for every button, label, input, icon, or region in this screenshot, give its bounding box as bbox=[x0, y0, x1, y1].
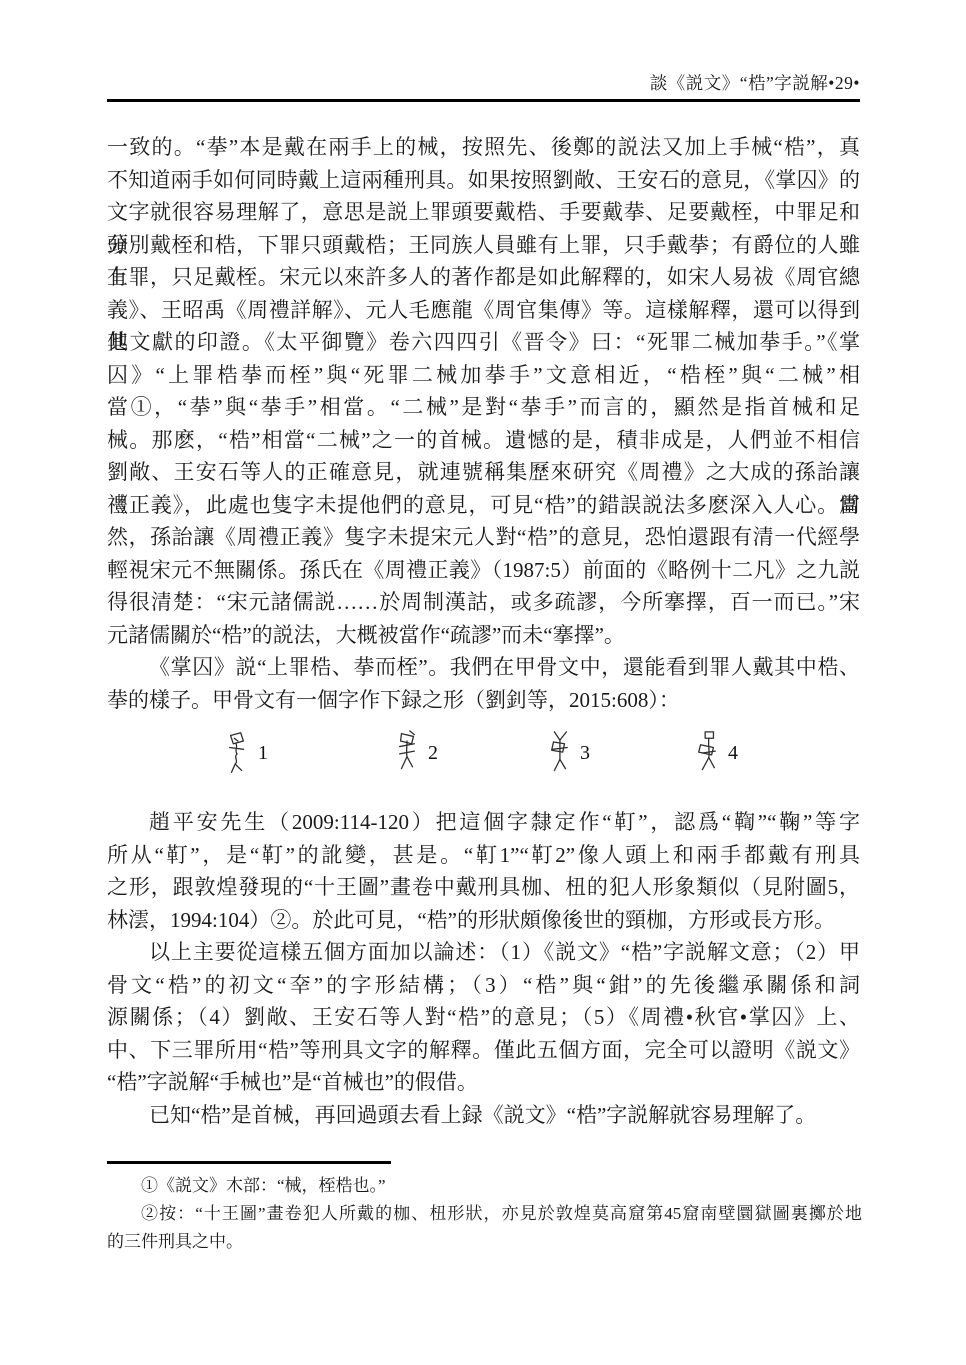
text-line: 義》、王昭禹《周禮詳解》、元人毛應龍《周官集傳》等。這樣解釋，還可以得到其 bbox=[107, 294, 860, 327]
body-text-upper: 一致的。“拲”本是戴在兩手上的械，按照先、後鄭的説法又加上手械“梏”，真不知道兩… bbox=[107, 131, 860, 716]
text-line: 分別戴桎和梏，下罪只頭戴梏；王同族人員雖有上罪，只手戴拲；有爵位的人雖有 bbox=[107, 229, 860, 262]
header-rule bbox=[107, 99, 860, 102]
text-line: 中、下三罪所用“梏”等刑具文字的解釋。僅此五個方面，完全可以證明《説文》 bbox=[107, 1034, 860, 1067]
text-line: 他文獻的印證。《太平御覽》卷六四四引《晋令》曰：“死罪二械加拲手。”《掌 bbox=[107, 326, 860, 359]
text-line: 骨文“梏”的初文“㚔”的字形結構；（3）“梏”與“鉗”的先後繼承關係和詞 bbox=[107, 969, 860, 1002]
text-line: 一致的。“拲”本是戴在兩手上的械，按照先、後鄭的説法又加上手械“梏”，真 bbox=[107, 131, 860, 164]
paragraph: 《掌囚》説“上罪梏、拲而桎”。我們在甲骨文中，還能看到罪人戴其中梏、拲的樣子。甲… bbox=[107, 651, 860, 716]
figure-item: 3 bbox=[547, 730, 590, 776]
text-line: 輕視宋元不無關係。孫氏在《周禮正義》（1987:5）前面的《略例十二凡》之九説 bbox=[107, 554, 860, 587]
footnote-line: 的三件刑具之中。 bbox=[107, 1228, 862, 1256]
paper-page: 談《説文》“梏”字説解•29• 一致的。“拲”本是戴在兩手上的械，按照先、後鄭的… bbox=[0, 0, 966, 1365]
figure-item-number: 4 bbox=[728, 742, 738, 765]
text-line: 拲的樣子。甲骨文有一個字作下録之形（劉釗等，2015:608）： bbox=[107, 684, 860, 717]
text-line: 禮正義》，此處也隻字未提他們的意見，可見“梏”的錯誤説法多麽深入人心。當 bbox=[107, 489, 860, 522]
text-line: 囚》“上罪梏拲而桎”與“死罪二械加拲手”文意相近，“梏桎”與“二械”相 bbox=[107, 359, 860, 392]
footnote-line: ①《説文》木部：“械，桎梏也。” bbox=[107, 1172, 862, 1200]
oracle-glyph-3-icon bbox=[547, 730, 571, 776]
text-line: 不知道兩手如何同時戴上這兩種刑具。如果按照劉敞、王安石的意見，《掌囚》的 bbox=[107, 164, 860, 197]
oracle-glyph-1-icon bbox=[225, 730, 249, 776]
paragraph: 趙平安先生（2009:114-120）把這個字隸定作“靪”，認爲“鞫”“鞠”等字… bbox=[107, 806, 860, 936]
figure-item: 2 bbox=[395, 730, 438, 776]
text-line: 械。那麽，“梏”相當“二械”之一的首械。遺憾的是，積非成是，人們並不相信 bbox=[107, 424, 860, 457]
text-line: 文字就很容易理解了，意思是説上罪頭要戴梏、手要戴拲、足要戴桎，中罪足和頭 bbox=[107, 196, 860, 229]
text-line: 趙平安先生（2009:114-120）把這個字隸定作“靪”，認爲“鞫”“鞠”等字 bbox=[107, 806, 860, 839]
text-line: “梏”字説解“手械也”是“首械也”的假借。 bbox=[107, 1066, 860, 1099]
text-line: 劉敞、王安石等人的正確意見，就連號稱集歷來研究《周禮》之大成的孫詒讓《周 bbox=[107, 456, 860, 489]
footnote-line: ②按：“十王圖”畫卷犯人所戴的枷、杻形狀，亦見於敦煌莫高窟第45窟南壁圜獄圖裏擲… bbox=[107, 1200, 862, 1228]
text-line: 元諸儒關於“梏”的説法，大概被當作“疏謬”而未“搴擇”。 bbox=[107, 619, 860, 652]
paragraph: 以上主要從這樣五個方面加以論述：（1）《説文》“梏”字説解文意；（2）甲骨文“梏… bbox=[107, 936, 860, 1099]
paragraph: 一致的。“拲”本是戴在兩手上的械，按照先、後鄭的説法又加上手械“梏”，真不知道兩… bbox=[107, 131, 860, 651]
figure-item-number: 2 bbox=[428, 742, 438, 765]
text-line: 源關係；（4）劉敞、王安石等人對“梏”的意見；（5）《周禮•秋官•掌囚》上、 bbox=[107, 1001, 860, 1034]
paragraph: 已知“梏”是首械，再回過頭去看上録《説文》“梏”字説解就容易理解了。 bbox=[107, 1099, 860, 1132]
running-header: 談《説文》“梏”字説解•29• bbox=[650, 70, 860, 95]
footnotes: ①《説文》木部：“械，桎梏也。”②按：“十王圖”畫卷犯人所戴的枷、杻形狀，亦見於… bbox=[107, 1172, 862, 1256]
figure-item: 4 bbox=[695, 730, 738, 776]
figure-item-number: 3 bbox=[580, 742, 590, 765]
text-line: 之形，跟敦煌發現的“十王圖”畫卷中戴刑具枷、杻的犯人形象類似（見附圖5， bbox=[107, 871, 860, 904]
footnote-rule bbox=[107, 1161, 391, 1164]
figure-item-number: 1 bbox=[258, 742, 268, 765]
oracle-glyph-2-icon bbox=[395, 730, 419, 776]
oracle-glyph-figure: 1 2 bbox=[107, 716, 860, 806]
text-line: 得很清楚：“宋元諸儒説……於周制漢詁，或多疏謬，今所搴擇，百一而已。”宋 bbox=[107, 586, 860, 619]
text-line: 上罪，只足戴桎。宋元以來許多人的著作都是如此解釋的，如宋人易祓《周官總 bbox=[107, 261, 860, 294]
text-line: 當①，“拲”與“拲手”相當。“二械”是對“拲手”而言的，顯然是指首械和足 bbox=[107, 391, 860, 424]
text-line: 《掌囚》説“上罪梏、拲而桎”。我們在甲骨文中，還能看到罪人戴其中梏、 bbox=[107, 651, 860, 684]
text-line: 然，孫詒讓《周禮正義》隻字未提宋元人對“梏”的意見，恐怕還跟有清一代經學 bbox=[107, 521, 860, 554]
text-line: 已知“梏”是首械，再回過頭去看上録《説文》“梏”字説解就容易理解了。 bbox=[107, 1099, 860, 1132]
text-line: 所从“靪”，是“靪”的訛變，甚是。“靪1”“靪2”像人頭上和兩手都戴有刑具 bbox=[107, 839, 860, 872]
body-text-lower: 趙平安先生（2009:114-120）把這個字隸定作“靪”，認爲“鞫”“鞠”等字… bbox=[107, 806, 860, 1131]
figure-item: 1 bbox=[225, 730, 268, 776]
oracle-glyph-4-icon bbox=[695, 730, 719, 776]
text-line: 林澐，1994:104）②。於此可見，“梏”的形狀頗像後世的頸枷，方形或長方形。 bbox=[107, 904, 860, 937]
text-line: 以上主要從這樣五個方面加以論述：（1）《説文》“梏”字説解文意；（2）甲 bbox=[107, 936, 860, 969]
